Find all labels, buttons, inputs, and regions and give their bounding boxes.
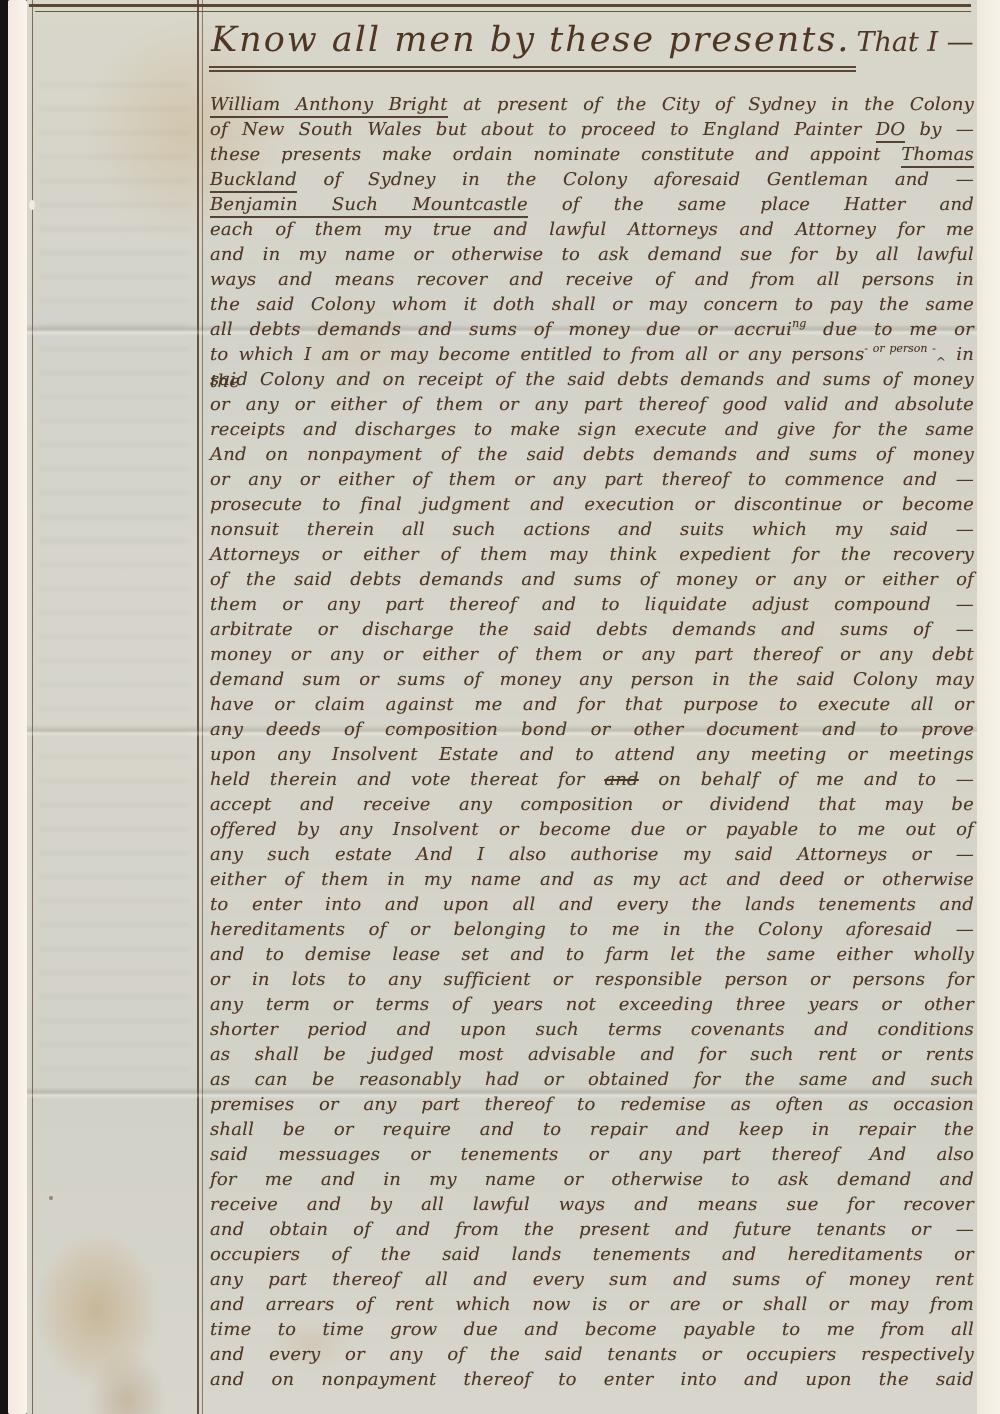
text-segment: - or person -	[864, 342, 936, 355]
document-line: and arrears of rent which now is or are …	[210, 1292, 974, 1317]
text-segment: or any or either of them or any part the…	[210, 394, 974, 415]
document-line: And on nonpayment of the said debts dema…	[210, 442, 974, 467]
document-body: William Anthony Bright at present of the…	[210, 92, 974, 1392]
top-ruled-line-thin	[35, 11, 971, 12]
text-segment: ng	[792, 317, 806, 330]
document-line: demand sum or sums of money any person i…	[210, 667, 974, 692]
document-line: money or any or either of them or any pa…	[210, 642, 974, 667]
document-line: to which I am or may become entitled to …	[210, 342, 974, 367]
text-segment: these presents make ordain nominate cons…	[210, 144, 901, 165]
document-line: as shall be judged most advisable and fo…	[210, 1042, 974, 1067]
document-line: the said Colony whom it doth shall or ma…	[210, 292, 974, 317]
top-ruled-line	[29, 4, 971, 7]
text-segment: And on nonpayment of the said debts dema…	[210, 444, 974, 465]
text-segment: premises or any part thereof to redemise…	[210, 1094, 974, 1115]
text-segment: by —	[905, 119, 974, 140]
document-line: or in lots to any sufficient or responsi…	[210, 967, 974, 992]
text-segment: and	[604, 769, 638, 790]
text-segment: occupiers of the said lands tenements an…	[210, 1244, 974, 1265]
document-line: and in my name or otherwise to ask deman…	[210, 242, 974, 267]
text-segment: each of them my true and lawful Attorney…	[210, 219, 974, 240]
document-line: any part thereof all and every sum and s…	[210, 1267, 974, 1292]
document-line: of the said debts demands and sums of mo…	[210, 567, 974, 592]
text-segment: any term or terms of years not exceeding…	[210, 994, 974, 1015]
text-segment: the said Colony whom it doth shall or ma…	[210, 294, 974, 315]
text-segment: due to me or	[806, 319, 974, 340]
paper-edge-right	[977, 0, 1000, 1414]
document-line: said messuages or tenements or any part …	[210, 1142, 974, 1167]
text-segment: Attorneys or either of them may think ex…	[210, 544, 974, 565]
document-line: and on nonpayment thereof to enter into …	[210, 1367, 974, 1392]
document-line: as can be reasonably had or obtained for…	[210, 1067, 974, 1092]
document-line: each of them my true and lawful Attorney…	[210, 217, 974, 242]
document-line: said Colony and on receipt of the said d…	[210, 367, 974, 392]
text-segment: at present of the City of Sydney in the …	[448, 94, 974, 115]
text-segment: of the same place Hatter and	[528, 194, 974, 215]
margin-rule-outer	[197, 0, 199, 1414]
text-segment: shorter period and upon such terms coven…	[210, 1019, 974, 1040]
document-line: shall be or require and to repair and ke…	[210, 1117, 974, 1142]
document-line: all debts demands and sums of money due …	[210, 317, 974, 342]
text-segment: nonsuit therein all such actions and sui…	[210, 519, 974, 540]
document-line: nonsuit therein all such actions and sui…	[210, 517, 974, 542]
margin-rule-inner	[202, 0, 203, 1414]
text-segment: and on nonpayment thereof to enter into …	[210, 1369, 974, 1390]
document-line: occupiers of the said lands tenements an…	[210, 1242, 974, 1267]
paper-nick	[29, 200, 35, 210]
text-segment: of the said debts demands and sums of mo…	[210, 569, 974, 590]
document-line: held therein and vote thereat for and on…	[210, 767, 974, 792]
document-line: these presents make ordain nominate cons…	[210, 142, 974, 167]
text-segment: William Anthony Bright	[210, 94, 448, 118]
deed-heading: Know all men by these presents. That I —	[209, 20, 977, 72]
document-line: offered by any Insolvent or become due o…	[210, 817, 974, 842]
text-segment: either of them in my name and as my act …	[210, 869, 974, 890]
document-line: have or claim against me and for that pu…	[210, 692, 974, 717]
bleed-through-margin	[39, 70, 189, 1090]
left-edge-rule	[32, 0, 33, 1414]
document-line: any such estate And I also authorise my …	[210, 842, 974, 867]
document-line: ways and means recover and receive of an…	[210, 267, 974, 292]
text-segment: and to demise lease set and to farm let …	[210, 944, 974, 965]
document-line: any deeds of composition bond or other d…	[210, 717, 974, 742]
heading-that-i-text: That I —	[856, 27, 977, 58]
text-segment: or in lots to any sufficient or responsi…	[210, 969, 974, 990]
deed-page: Know all men by these presents. That I —…	[27, 0, 977, 1414]
document-line: and to demise lease set and to farm let …	[210, 942, 974, 967]
document-line: or any or either of them or any part the…	[210, 392, 974, 417]
document-line: Buckland of Sydney in the Colony aforesa…	[210, 167, 974, 192]
text-segment: to enter into and upon all and every the…	[210, 894, 974, 915]
text-segment: and in my name or otherwise to ask deman…	[210, 244, 974, 265]
document-scan: Know all men by these presents. That I —…	[0, 0, 1000, 1414]
document-line: to enter into and upon all and every the…	[210, 892, 974, 917]
document-line: Benjamin Such Mountcastle of the same pl…	[210, 192, 974, 217]
text-segment: to which I am or may become entitled to …	[210, 344, 864, 365]
text-segment: Thomas	[901, 144, 974, 168]
text-segment: all debts demands and sums of money due …	[210, 319, 792, 340]
text-segment: money or any or either of them or any pa…	[210, 644, 974, 665]
document-line: accept and receive any composition or di…	[210, 792, 974, 817]
paper-edge-left	[8, 0, 27, 1414]
text-segment: ways and means recover and receive of an…	[210, 269, 974, 290]
text-segment: hereditaments of or belonging to me in t…	[210, 919, 974, 940]
document-line: hereditaments of or belonging to me in t…	[210, 917, 974, 942]
text-segment: shall be or require and to repair and ke…	[210, 1119, 974, 1140]
document-line: receive and by all lawful ways and means…	[210, 1192, 974, 1217]
text-segment: of Sydney in the Colony aforesaid Gentle…	[297, 169, 974, 190]
text-segment: and obtain of and from the present and f…	[210, 1219, 974, 1240]
text-segment: accept and receive any composition or di…	[210, 794, 974, 815]
document-line: William Anthony Bright at present of the…	[210, 92, 974, 117]
text-segment: DO	[876, 119, 906, 143]
document-line: them or any part thereof and to liquidat…	[210, 592, 974, 617]
text-segment: any such estate And I also authorise my …	[210, 844, 974, 865]
document-line: receipts and discharges to make sign exe…	[210, 417, 974, 442]
text-segment: for me and in my name or otherwise to as…	[210, 1169, 974, 1190]
text-segment: offered by any Insolvent or become due o…	[210, 819, 974, 840]
text-segment: said Colony and on receipt of the said d…	[210, 369, 974, 390]
document-line: upon any Insolvent Estate and to attend …	[210, 742, 974, 767]
document-line: Attorneys or either of them may think ex…	[210, 542, 974, 567]
text-segment: said messuages or tenements or any part …	[210, 1144, 974, 1165]
text-segment: of New South Wales but about to proceed …	[210, 119, 876, 140]
text-segment: receive and by all lawful ways and means…	[210, 1194, 974, 1215]
document-line: and every or any of the said tenants or …	[210, 1342, 974, 1367]
document-line: of New South Wales but about to proceed …	[210, 117, 974, 142]
text-segment: ^	[936, 355, 946, 369]
text-segment: as shall be judged most advisable and fo…	[210, 1044, 974, 1065]
document-line: prosecute to final judgment and executio…	[210, 492, 974, 517]
text-segment: on behalf of me and to —	[639, 769, 974, 790]
text-segment: any part thereof all and every sum and s…	[210, 1269, 974, 1290]
text-segment: them or any part thereof and to liquidat…	[210, 594, 974, 615]
text-segment: demand sum or sums of money any person i…	[210, 669, 974, 690]
text-segment: prosecute to final judgment and executio…	[210, 494, 974, 515]
ink-speck	[49, 1196, 53, 1200]
text-segment: receipts and discharges to make sign exe…	[210, 419, 974, 440]
text-segment: arbitrate or discharge the said debts de…	[210, 619, 974, 640]
document-line: premises or any part thereof to redemise…	[210, 1092, 974, 1117]
document-line: shorter period and upon such terms coven…	[210, 1017, 974, 1042]
document-line: arbitrate or discharge the said debts de…	[210, 617, 974, 642]
text-segment: have or claim against me and for that pu…	[210, 694, 974, 715]
document-line: for me and in my name or otherwise to as…	[210, 1167, 974, 1192]
text-segment: any deeds of composition bond or other d…	[210, 719, 974, 740]
text-segment: upon any Insolvent Estate and to attend …	[210, 744, 974, 765]
text-segment: Benjamin Such Mountcastle	[210, 194, 528, 218]
text-segment: and arrears of rent which now is or are …	[210, 1294, 974, 1315]
document-line: time to time grow due and become payable…	[210, 1317, 974, 1342]
text-segment: as can be reasonably had or obtained for…	[210, 1069, 974, 1090]
document-line: either of them in my name and as my act …	[210, 867, 974, 892]
text-segment: held therein and vote thereat for	[210, 769, 604, 790]
text-segment: and every or any of the said tenants or …	[210, 1344, 974, 1365]
heading-main-text: Know all men by these presents.	[209, 20, 856, 72]
text-segment: or any or either of them or any part the…	[210, 469, 974, 490]
document-line: any term or terms of years not exceeding…	[210, 992, 974, 1017]
text-segment: time to time grow due and become payable…	[210, 1319, 974, 1340]
document-line: and obtain of and from the present and f…	[210, 1217, 974, 1242]
text-segment: Buckland	[210, 169, 297, 193]
document-line: or any or either of them or any part the…	[210, 467, 974, 492]
